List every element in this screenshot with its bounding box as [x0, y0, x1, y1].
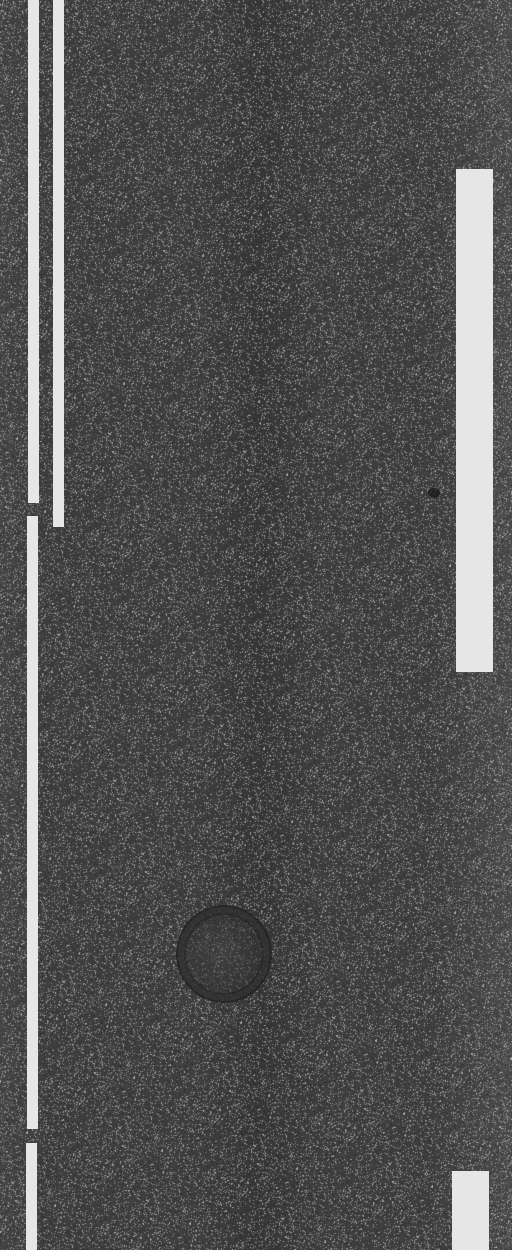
right-dashed-line-segment [456, 169, 493, 672]
oil-stain [428, 488, 440, 498]
right-dashed-line-segment [452, 1171, 489, 1250]
asphalt-texture [0, 0, 512, 1250]
manhole-cover [176, 905, 272, 1003]
left-inner-solid-line [28, 0, 39, 503]
road-surface [0, 0, 512, 1250]
left-edge-line-segment [26, 1143, 37, 1250]
left-outer-solid-line [53, 0, 64, 527]
left-edge-line-segment [27, 516, 38, 1129]
